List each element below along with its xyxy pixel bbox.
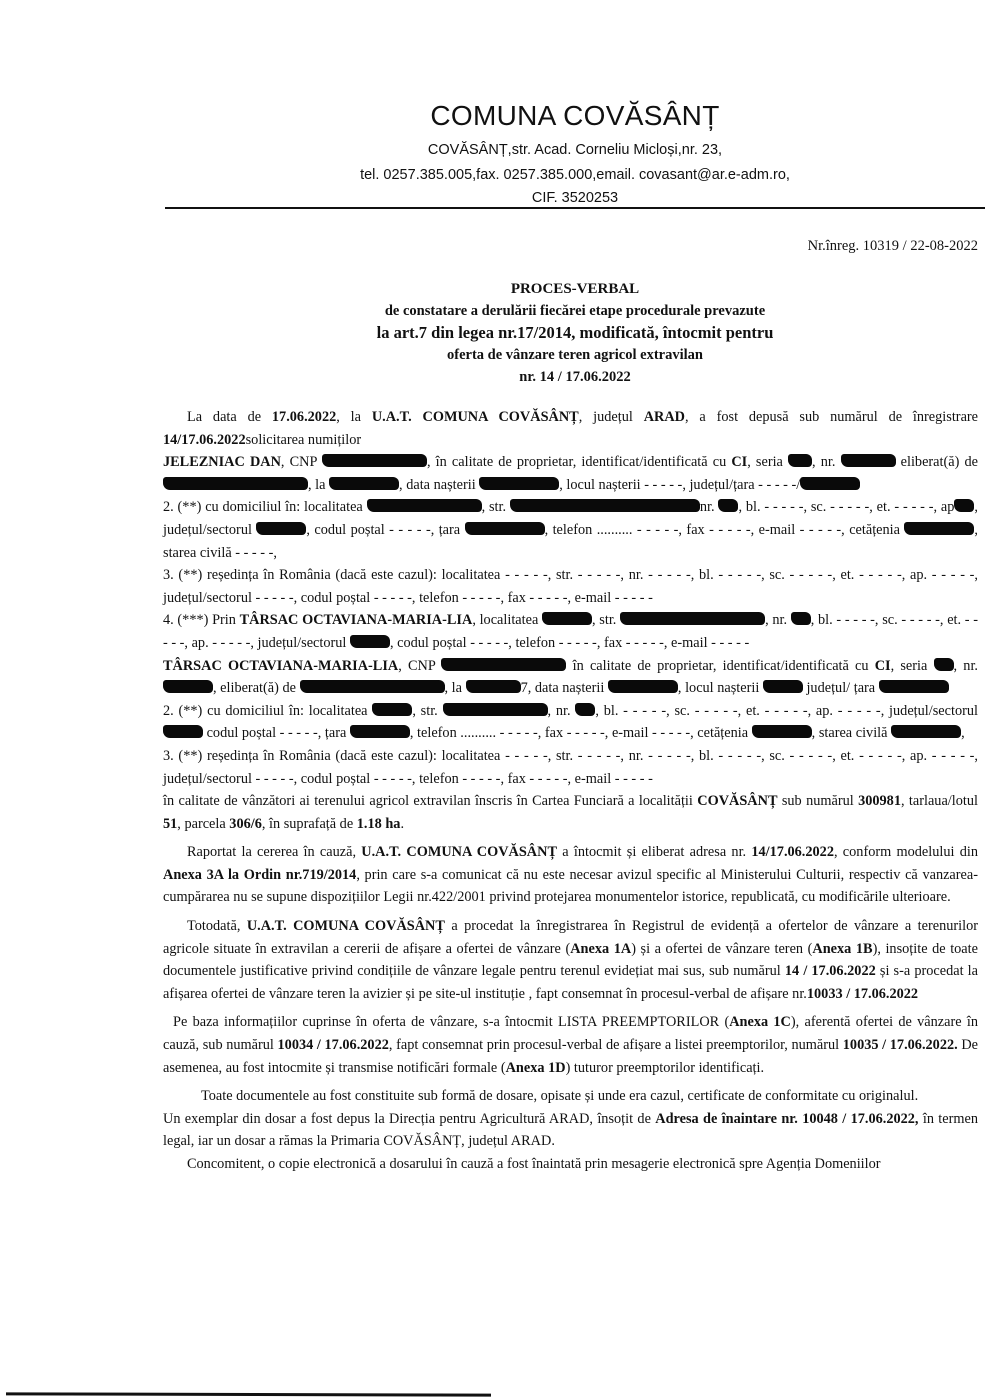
redaction-mark <box>879 680 949 693</box>
paragraph-seller-2: TÂRSAC OCTAVIANA-MARIA-LIA, CNP în calit… <box>163 655 978 700</box>
text: 2. (**) cu domiciliul în: localitatea <box>163 499 367 515</box>
paragraph-seller-1-domicile: 2. (**) cu domiciliul în: localitatea , … <box>163 496 978 564</box>
redaction-mark <box>788 454 812 467</box>
text: La data de <box>187 409 272 425</box>
text: solicitarea numiților <box>246 432 362 448</box>
forwarding-address-number: Adresa de înaintare nr. 10048 / 17.06.20… <box>655 1111 918 1127</box>
text: , CNP <box>281 454 322 470</box>
redaction-mark <box>934 658 954 671</box>
text: , str. <box>592 612 620 628</box>
text: , la <box>336 409 372 425</box>
text: , la <box>445 680 466 696</box>
text: , bl. - - - - -, sc. - - - - -, et. - - … <box>595 703 978 719</box>
text: , locul nașterii - - - - -, județul/țara… <box>559 477 788 493</box>
land-locality: COVĂSÂNȚ <box>697 793 777 809</box>
title-main: PROCES-VERBAL <box>165 278 985 300</box>
posting-report-number: 10033 / 17.06.2022 <box>807 986 918 1002</box>
redaction-mark <box>367 499 482 512</box>
text: , CNP <box>398 658 441 674</box>
uat-name: U.A.T. COMUNA COVĂSÂNȚ <box>247 918 445 934</box>
paragraph-seller-1-residence: 3. (**) reședința în România (dacă este … <box>163 564 978 609</box>
text: a întocmit și eliberat adresa nr. <box>557 844 751 860</box>
text: , conform modelului din <box>834 844 978 860</box>
request-number: 14/17.06.2022 <box>163 432 246 448</box>
title-line-3: oferta de vânzare teren agricol extravil… <box>165 344 985 366</box>
text: , telefon .......... - - - - -, fax - - … <box>410 725 752 741</box>
text: codul poștal - - - - -, țara <box>203 725 350 741</box>
proxy-name: TÂRSAC OCTAVIANA-MARIA-LIA <box>240 612 473 628</box>
text: , codul poștal - - - - -, telefon - - - … <box>390 635 749 651</box>
redaction-mark <box>329 477 399 490</box>
title-line-2: la art.7 din legea nr.17/2014, modificat… <box>165 322 985 344</box>
uat-name: U.A.T. COMUNA COVĂSÂNȚ <box>361 844 557 860</box>
seller-1-name: JELEZNIAC DAN <box>163 454 281 470</box>
text: Totodată, <box>187 918 247 934</box>
uat-name: U.A.T. COMUNA COVĂSÂNȚ <box>372 409 579 425</box>
annex-reference: Anexa 3A la Ordin nr.719/2014 <box>163 867 356 883</box>
text: nr. <box>700 499 719 515</box>
text: , telefon .......... - - - - -, fax - - … <box>545 522 845 538</box>
redaction-mark <box>763 680 803 693</box>
text: , <box>961 725 965 741</box>
text: , seria <box>891 658 934 674</box>
document-body: La data de 17.06.2022, la U.A.T. COMUNA … <box>163 406 978 1176</box>
redaction-mark <box>510 499 700 512</box>
paragraph-land-details: în calitate de vânzători ai terenului ag… <box>163 790 978 835</box>
text: Pe baza informațiilor cuprinse în oferta… <box>173 1014 729 1030</box>
redaction-mark <box>163 477 308 490</box>
redaction-mark <box>465 522 545 535</box>
paragraph-intro: La data de 17.06.2022, la U.A.T. COMUNA … <box>163 406 978 451</box>
annex-1d: Anexa 1D <box>506 1060 566 1076</box>
registration-number: Nr.înreg. 10319 / 22-08-2022 <box>808 238 978 255</box>
text: , data nașterii <box>399 477 479 493</box>
text: , bl. - - - - -, sc. - - - - -, et. - - … <box>738 499 954 515</box>
text: -/ <box>792 477 801 493</box>
letterhead-address: COVĂSÂNȚ,str. Acad. Corneliu Micloși,nr.… <box>165 142 985 158</box>
text: , seria <box>747 454 788 470</box>
redaction-mark <box>608 680 678 693</box>
redaction-mark <box>752 725 812 738</box>
letterhead-contact: tel. 0257.385.005,fax. 0257.385.000,emai… <box>165 167 985 183</box>
redaction-mark <box>350 635 390 648</box>
preemptor-list-number: 10034 / 17.06.2022 <box>278 1037 389 1053</box>
text: , nr. <box>812 454 841 470</box>
text: , fapt consemnat prin procesul-verbal de… <box>389 1037 843 1053</box>
redaction-mark <box>466 680 521 693</box>
paragraph-submission: Un exemplar din dosar a fost depus la Di… <box>163 1108 978 1153</box>
redaction-mark <box>841 454 896 467</box>
offer-number: 14 / 17.06.2022 <box>785 963 876 979</box>
redaction-mark <box>256 522 306 535</box>
text: , starea civilă <box>812 725 891 741</box>
letterhead-cif: CIF. 3520253 <box>165 190 985 206</box>
redaction-mark <box>791 612 811 625</box>
title-line-1: de constatare a derulării fiecărei etape… <box>165 300 985 322</box>
text: 2. (**) cu domiciliul în: localitatea <box>163 703 372 719</box>
annex-1b: Anexa 1B <box>812 941 872 957</box>
redaction-mark <box>300 680 445 693</box>
document-title: PROCES-VERBAL de constatare a derulării … <box>165 278 985 388</box>
redaction-mark <box>443 703 548 716</box>
redaction-mark <box>372 703 412 716</box>
text: , a fost depusă sub numărul de înregistr… <box>685 409 978 425</box>
id-type: CI <box>875 658 891 674</box>
redaction-mark <box>620 612 765 625</box>
address-number: 14/17.06.2022 <box>751 844 834 860</box>
redaction-mark <box>904 522 974 535</box>
redaction-mark <box>954 499 974 512</box>
text: în calitate de proprietar, identificat/i… <box>566 658 874 674</box>
text: . <box>400 816 404 832</box>
annex-1a: Anexa 1A <box>570 941 631 957</box>
redaction-mark <box>322 454 427 467</box>
text: , în suprafață de <box>262 816 357 832</box>
paragraph-preemptors: Pe baza informațiilor cuprinse în oferta… <box>163 1011 978 1079</box>
text: , str. <box>482 499 510 515</box>
text: , tarlaua/lotul <box>901 793 978 809</box>
paragraph-dossiers: Toate documentele au fost constituite su… <box>163 1085 978 1108</box>
text: , localitatea <box>472 612 542 628</box>
text: , nr. <box>765 612 791 628</box>
text: , la <box>308 477 329 493</box>
redaction-mark <box>542 612 592 625</box>
text: ) și a ofertei de vânzare teren ( <box>631 941 812 957</box>
title-line-4: nr. 14 / 17.06.2022 <box>165 366 985 388</box>
paragraph-culture-notice: Raportat la cererea în cauză, U.A.T. COM… <box>163 841 978 909</box>
redaction-mark <box>891 725 961 738</box>
paragraph-electronic-copy: Concomitent, o copie electronică a dosar… <box>163 1153 978 1176</box>
redaction-mark <box>163 725 203 738</box>
text: , județul <box>579 409 644 425</box>
redaction-mark <box>479 477 559 490</box>
paragraph-seller-1: JELEZNIAC DAN, CNP , în calitate de prop… <box>163 451 978 496</box>
paragraph-registration: Totodată, U.A.T. COMUNA COVĂSÂNȚ a proce… <box>163 915 978 1005</box>
land-area: 1.18 ha <box>357 816 401 832</box>
redaction-mark <box>718 499 738 512</box>
redaction-mark <box>800 477 860 490</box>
paragraph-seller-2-residence: 3. (**) reședința în România (dacă este … <box>163 745 978 790</box>
document-page: COMUNA COVĂSÂNȚ COVĂSÂNȚ,str. Acad. Corn… <box>0 0 990 1400</box>
text: cetățenia <box>849 522 904 538</box>
redaction-mark <box>163 680 213 693</box>
county: ARAD <box>644 409 685 425</box>
preemptor-report-number: 10035 / 17.06.2022. <box>843 1037 958 1053</box>
text: județul/ țara <box>803 680 879 696</box>
letterhead-title: COMUNA COVĂSÂNȚ <box>165 100 985 132</box>
land-lot: 51 <box>163 816 177 832</box>
redaction-mark <box>441 658 566 671</box>
redaction-mark <box>350 725 410 738</box>
text: , locul nașterii <box>678 680 763 696</box>
land-parcel: 306/6 <box>229 816 262 832</box>
paragraph-seller-2-domicile: 2. (**) cu domiciliul în: localitatea , … <box>163 700 978 745</box>
text: Raportat la cererea în cauză, <box>187 844 361 860</box>
seller-2-name: TÂRSAC OCTAVIANA-MARIA-LIA <box>163 658 398 674</box>
text: , în calitate de proprietar, identificat… <box>427 454 731 470</box>
text: , str. <box>412 703 442 719</box>
paragraph-proxy: 4. (***) Prin TÂRSAC OCTAVIANA-MARIA-LIA… <box>163 609 978 654</box>
text: 4. (***) Prin <box>163 612 240 628</box>
text: eliberat(ă) de <box>901 454 978 470</box>
text: în calitate de vânzători ai terenului ag… <box>163 793 697 809</box>
footer-divider <box>6 1392 491 1396</box>
text: , eliberat(ă) de <box>213 680 300 696</box>
land-registry-number: 300981 <box>858 793 901 809</box>
submission-date: 17.06.2022 <box>272 409 336 425</box>
text: , codul poștal - - - - -, țara <box>306 522 464 538</box>
id-type: CI <box>731 454 747 470</box>
text: , nr. <box>548 703 576 719</box>
letterhead-divider <box>165 207 985 209</box>
text: sub numărul <box>777 793 858 809</box>
text: Un exemplar din dosar a fost depus la Di… <box>163 1111 655 1127</box>
text: 7, data nașterii <box>521 680 608 696</box>
redaction-mark <box>575 703 595 716</box>
annex-1c: Anexa 1C <box>729 1014 791 1030</box>
text: , nr. <box>954 658 978 674</box>
text: ) tuturor preemptorilor identificați. <box>566 1060 765 1076</box>
text: , parcela <box>177 816 229 832</box>
